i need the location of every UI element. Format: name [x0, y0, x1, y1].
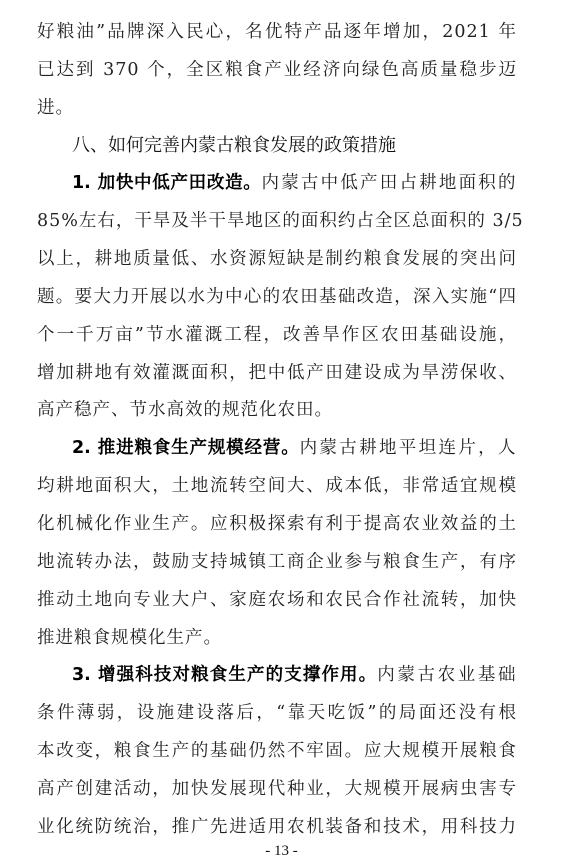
text-line: 好粮油”品牌深入民心，名优特产品逐年增加，2021 年 — [37, 18, 517, 56]
text-line: 化机械化作业生产。应积极探索有利于提高农业效益的土 — [37, 510, 517, 548]
text-line: 高产稳产、节水高效的规范化农田。 — [37, 396, 517, 434]
text-line: 条件薄弱，设施建设落后，“靠天吃饭”的局面还没有根 — [37, 699, 517, 737]
measure-3-title: 3. 增强科技对粮食生产的支撑作用。 — [72, 665, 377, 685]
page-number: - 13 - — [0, 843, 563, 860]
text-line: 以上，耕地质量低、水资源短缺是制约粮食发展的突出问 — [37, 245, 517, 283]
text-line: 高产创建活动，加快发展现代种业，大规模开展病虫害专 — [37, 775, 517, 813]
text-line: 均耕地面积大，土地流转空间大、成本低，非常适宜规模 — [37, 472, 517, 510]
text-line: 本改变，粮食生产的基础仍然不牢固。应大规模开展粮食 — [37, 737, 517, 775]
document-page: 好粮油”品牌深入民心，名优特产品逐年增加，2021 年 已达到 370 个，全区… — [37, 18, 517, 851]
measure-2-first-line: 2. 推进粮食生产规模经营。内蒙古耕地平坦连片，人 — [37, 434, 517, 472]
measure-1-title: 1. 加快中低产田改造。 — [72, 173, 262, 193]
text-line: 进。 — [37, 94, 517, 132]
measure-1-text: 内蒙古中低产田占耕地面积的 — [262, 173, 518, 193]
text-line: 推动土地向专业大户、家庭农场和农民合作社流转，加快 — [37, 586, 517, 624]
text-line: 地流转办法，鼓励支持城镇工商企业参与粮食生产，有序 — [37, 548, 517, 586]
section-heading: 八、如何完善内蒙古粮食发展的政策措施 — [37, 132, 517, 170]
text-line: 已达到 370 个，全区粮食产业经济向绿色高质量稳步迈 — [37, 56, 517, 94]
measure-2-text: 内蒙古耕地平坦连片，人 — [300, 438, 517, 458]
measure-1-first-line: 1. 加快中低产田改造。内蒙古中低产田占耕地面积的 — [37, 169, 517, 207]
measure-2-title: 2. 推进粮食生产规模经营。 — [72, 438, 300, 458]
text-line: 85%左右，干旱及半干旱地区的面积约占全区总面积的 3/5 — [37, 207, 517, 245]
text-line: 增加耕地有效灌溉面积，把中低产田建设成为旱涝保收、 — [37, 359, 517, 397]
text-line: 推进粮食规模化生产。 — [37, 624, 517, 662]
text-line: 个一千万亩”节水灌溉工程，改善旱作区农田基础设施， — [37, 321, 517, 359]
text-line: 题。要大力开展以水为中心的农田基础改造，深入实施“四 — [37, 283, 517, 321]
measure-3-first-line: 3. 增强科技对粮食生产的支撑作用。内蒙古农业基础 — [37, 661, 517, 699]
measure-3-text: 内蒙古农业基础 — [377, 665, 517, 685]
